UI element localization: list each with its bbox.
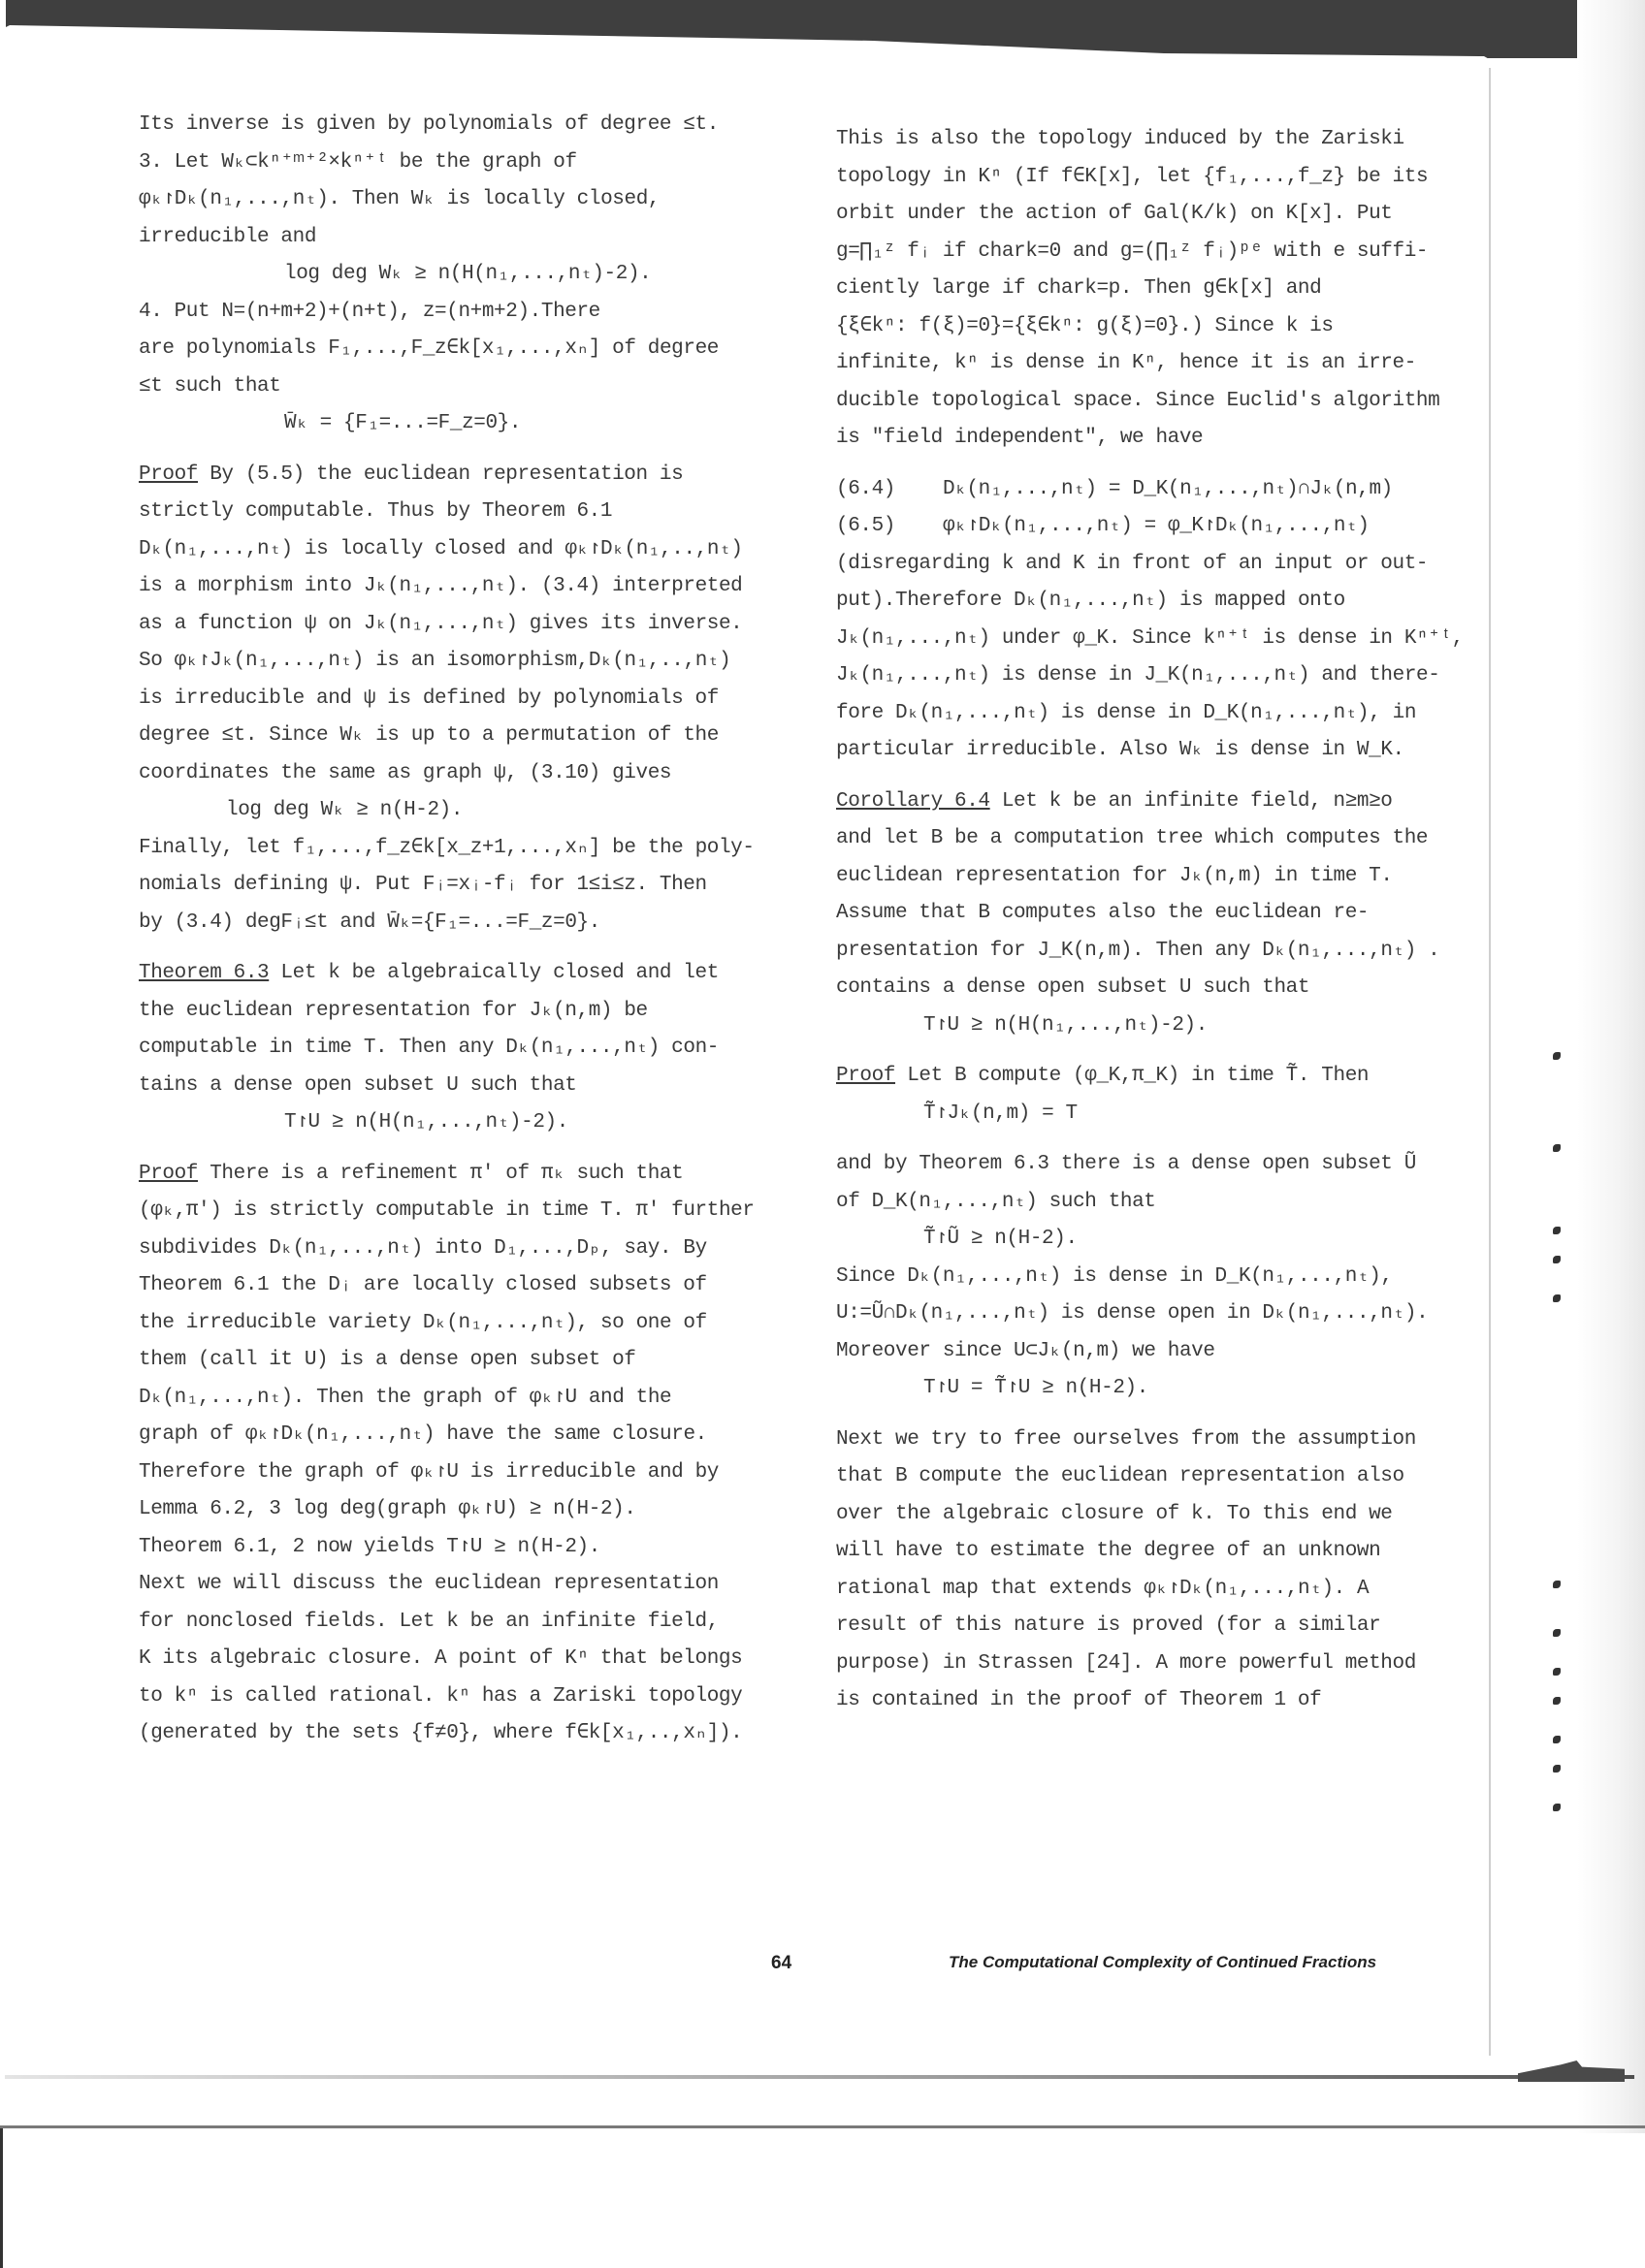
text-line: Next we try to free ourselves from the a… — [836, 1421, 1496, 1459]
text-line: ducible topological space. Since Euclid'… — [836, 383, 1496, 421]
line-text: T↾U = T̃↾U ≥ n(H-2). — [923, 1377, 1148, 1399]
text-line: the irreducible variety Dₖ(n₁,...,nₜ), s… — [139, 1305, 798, 1343]
text-line: ciently large if chark=p. Then g∈k[x] an… — [836, 271, 1496, 308]
line-text: subdivides Dₖ(n₁,...,nₜ) into D₁,...,Dₚ,… — [139, 1237, 707, 1260]
binding-hole-mark — [1553, 1804, 1561, 1811]
text-line: will have to estimate the degree of an u… — [836, 1533, 1496, 1571]
text-line: by (3.4) degFᵢ≤t and W̄ₖ={F₁=...=F_z=0}. — [139, 905, 798, 942]
line-text: log deg Wₖ ≥ n(H-2). — [226, 799, 463, 821]
line-text: particular irreducible. Also Wₖ is dense… — [836, 739, 1404, 761]
text-line: contains a dense open subset U such that — [836, 970, 1496, 1007]
line-text: is a morphism into Jₖ(n₁,...,nₜ). (3.4) … — [139, 575, 742, 597]
line-text: as a function ψ on Jₖ(n₁,...,nₜ) gives i… — [139, 613, 742, 635]
text-line: Theorem 6.3 Let k be algebraically close… — [139, 955, 798, 993]
line-text: Let B compute (φ_K,π_K) in time T̃. Then — [895, 1065, 1369, 1087]
line-text: is irreducible and ψ is defined by polyn… — [139, 687, 719, 710]
line-text: Its inverse is given by polynomials of d… — [139, 113, 719, 136]
line-text: Lemma 6.2, 3 log deg(graph φₖ↾U) ≥ n(H-2… — [139, 1498, 636, 1520]
text-line: (generated by the sets {f≠0}, where f∈k[… — [139, 1715, 798, 1753]
text-line: infinite, kⁿ is dense in Kⁿ, hence it is… — [836, 345, 1496, 383]
line-text: Jₖ(n₁,...,nₜ) under φ_K. Since kⁿ⁺ᵗ is d… — [836, 627, 1464, 650]
paragraph-gap — [139, 1142, 798, 1156]
line-text: Jₖ(n₁,...,nₜ) is dense in J_K(n₁,...,nₜ)… — [836, 664, 1439, 687]
text-line: nomials defining ψ. Put Fᵢ=xᵢ-fᵢ for 1≤i… — [139, 867, 798, 905]
line-text: them (call it U) is a dense open subset … — [139, 1349, 636, 1371]
text-line: This is also the topology induced by the… — [836, 121, 1496, 159]
line-text: for nonclosed fields. Let k be an infini… — [139, 1611, 719, 1633]
text-line: graph of φₖ↾Dₖ(n₁,...,nₜ) have the same … — [139, 1417, 798, 1454]
paragraph-gap — [836, 1133, 1496, 1146]
line-text: coordinates the same as graph ψ, (3.10) … — [139, 762, 671, 784]
page-edge-bottom — [0, 2125, 1645, 2128]
text-line: result of this nature is proved (for a s… — [836, 1608, 1496, 1645]
line-text: T̃↾Jₖ(n,m) = T — [923, 1102, 1078, 1125]
line-text: This is also the topology induced by the… — [836, 128, 1404, 150]
line-text: to kⁿ is called rational. kⁿ has a Zaris… — [139, 1685, 742, 1708]
section-label: Corollary 6.4 — [836, 790, 990, 813]
binding-hole-mark — [1553, 1765, 1561, 1773]
binding-hole-mark — [1553, 1256, 1561, 1263]
page-edge-left — [0, 2128, 3, 2268]
numbered-equation: (6.5)φₖ↾Dₖ(n₁,...,nₜ) = φ_K↾Dₖ(n₁,...,nₜ… — [836, 508, 1496, 546]
line-text: 4. Put N=(n+m+2)+(n+t), z=(n+m+2).There — [139, 301, 600, 323]
line-text: T↾U ≥ n(H(n₁,...,nₜ)-2). — [284, 1111, 568, 1134]
binding-hole-mark — [1553, 1581, 1561, 1588]
line-text: and by Theorem 6.3 there is a dense open… — [836, 1153, 1416, 1175]
line-text: irreducible and — [139, 226, 316, 248]
text-line: Moreover since U⊂Jₖ(n,m) we have — [836, 1333, 1496, 1371]
line-text: degree ≤t. Since Wₖ is up to a permutati… — [139, 724, 719, 747]
running-title: The Computational Complexity of Continue… — [949, 1953, 1376, 1972]
line-text: K its algebraic closure. A point of Kⁿ t… — [139, 1647, 742, 1670]
text-line: Proof By (5.5) the euclidean representat… — [139, 457, 798, 495]
binding-hole-mark — [1553, 1736, 1561, 1743]
line-text: computable in time T. Then any Dₖ(n₁,...… — [139, 1037, 719, 1059]
line-text: Therefore the graph of φₖ↾U is irreducib… — [139, 1461, 719, 1484]
paragraph-gap — [836, 458, 1496, 471]
text-line: and let B be a computation tree which co… — [836, 820, 1496, 858]
line-text: U:=Ũ∩Dₖ(n₁,...,nₜ) is dense open in Dₖ(n… — [836, 1302, 1428, 1325]
numbered-equation: (6.4)Dₖ(n₁,...,nₜ) = D_K(n₁,...,nₜ)∩Jₖ(n… — [836, 471, 1496, 509]
binding-hole-mark — [1553, 1294, 1561, 1302]
text-line: as a function ψ on Jₖ(n₁,...,nₜ) gives i… — [139, 606, 798, 644]
line-text: the irreducible variety Dₖ(n₁,...,nₜ), s… — [139, 1312, 707, 1334]
line-text: and let B be a computation tree which co… — [836, 827, 1428, 849]
section-label: Proof — [836, 1065, 895, 1087]
text-line: them (call it U) is a dense open subset … — [139, 1342, 798, 1380]
line-text: Dₖ(n₁,...,nₜ) is locally closed and φₖ↾D… — [139, 538, 743, 560]
text-line: φₖ↾Dₖ(n₁,...,nₜ). Then Wₖ is locally clo… — [139, 181, 798, 219]
line-text: topology in Kⁿ (If f∈K[x], let {f₁,...,f… — [836, 166, 1428, 188]
line-text: Assume that B computes also the euclidea… — [836, 902, 1369, 924]
line-text: infinite, kⁿ is dense in Kⁿ, hence it is… — [836, 352, 1416, 374]
binding-hole-mark — [1553, 1668, 1561, 1676]
text-line: Jₖ(n₁,...,nₜ) is dense in J_K(n₁,...,nₜ)… — [836, 657, 1496, 695]
paragraph-gap — [139, 942, 798, 955]
line-text: orbit under the action of Gal(K/k) on K[… — [836, 203, 1393, 225]
paragraph-gap — [836, 1044, 1496, 1058]
line-text: that B compute the euclidean representat… — [836, 1465, 1404, 1487]
text-line: Proof There is a refinement π' of πₖ suc… — [139, 1156, 798, 1194]
text-line: Next we will discuss the euclidean repre… — [139, 1566, 798, 1604]
paragraph-gap — [836, 770, 1496, 783]
binding-hole-mark — [1553, 1052, 1561, 1060]
text-line: U:=Ũ∩Dₖ(n₁,...,nₜ) is dense open in Dₖ(n… — [836, 1295, 1496, 1333]
text-line: topology in Kⁿ (If f∈K[x], let {f₁,...,f… — [836, 159, 1496, 197]
text-line: Corollary 6.4 Let k be an infinite field… — [836, 783, 1496, 821]
paragraph-gap — [139, 443, 798, 457]
section-label: Theorem 6.3 — [139, 962, 269, 984]
binding-hole-mark — [1553, 1227, 1561, 1234]
left-column: Its inverse is given by polynomials of d… — [139, 107, 798, 1753]
line-text: (φₖ,π') is strictly computable in time T… — [139, 1199, 755, 1222]
line-text: ciently large if chark=p. Then g∈k[x] an… — [836, 277, 1321, 300]
line-text: Dₖ(n₁,...,nₜ). Then the graph of φₖ↾U an… — [139, 1387, 671, 1409]
line-text: W̄ₖ = {F₁=...=F_z=0}. — [284, 412, 521, 434]
paragraph-gap — [836, 1408, 1496, 1421]
binding-hole-mark — [1553, 1144, 1561, 1152]
line-text: strictly computable. Thus by Theorem 6.1 — [139, 500, 612, 523]
line-text: Dₖ(n₁,...,nₜ) = D_K(n₁,...,nₜ)∩Jₖ(n,m) — [943, 478, 1393, 500]
text-line: Its inverse is given by polynomials of d… — [139, 107, 798, 144]
line-text: by (3.4) degFᵢ≤t and W̄ₖ={F₁=...=F_z=0}. — [139, 911, 600, 934]
text-line: fore Dₖ(n₁,...,nₜ) is dense in D_K(n₁,..… — [836, 695, 1496, 733]
line-text: φₖ↾Dₖ(n₁,...,nₜ). Then Wₖ is locally clo… — [139, 188, 660, 210]
line-text: purpose) in Strassen [24]. A more powerf… — [836, 1652, 1416, 1675]
line-text: contains a dense open subset U such that — [836, 976, 1309, 999]
text-line: Jₖ(n₁,...,nₜ) under φ_K. Since kⁿ⁺ᵗ is d… — [836, 621, 1496, 658]
section-label: Proof — [139, 1163, 198, 1185]
line-text: Let k be an infinite field, n≥m≥o — [990, 790, 1393, 813]
text-line: Dₖ(n₁,...,nₜ). Then the graph of φₖ↾U an… — [139, 1380, 798, 1418]
text-line: euclidean representation for Jₖ(n,m) in … — [836, 858, 1496, 896]
line-text: log deg Wₖ ≥ n(H(n₁,...,nₜ)-2). — [284, 263, 651, 285]
line-text: put).Therefore Dₖ(n₁,...,nₜ) is mapped o… — [836, 590, 1345, 612]
display-formula: T↾U = T̃↾U ≥ n(H-2). — [836, 1370, 1496, 1408]
text-line: degree ≤t. Since Wₖ is up to a permutati… — [139, 718, 798, 755]
equation-number: (6.5) — [836, 508, 943, 546]
line-text: By (5.5) the euclidean representation is — [198, 463, 683, 486]
line-text: ducible topological space. Since Euclid'… — [836, 390, 1439, 412]
text-line: Assume that B computes also the euclidea… — [836, 895, 1496, 933]
scanner-shadow-right — [1577, 0, 1645, 2133]
line-text: are polynomials F₁,...,F_z∈k[x₁,...,xₙ] … — [139, 337, 719, 360]
text-line: 3. Let Wₖ⊂kⁿ⁺ᵐ⁺²×kⁿ⁺ᵗ be the graph of — [139, 144, 798, 182]
text-line: Dₖ(n₁,...,nₜ) is locally closed and φₖ↾D… — [139, 531, 798, 569]
text-line: computable in time T. Then any Dₖ(n₁,...… — [139, 1030, 798, 1068]
display-formula: W̄ₖ = {F₁=...=F_z=0}. — [139, 405, 798, 443]
text-line: is a morphism into Jₖ(n₁,...,nₜ). (3.4) … — [139, 568, 798, 606]
text-line: particular irreducible. Also Wₖ is dense… — [836, 732, 1496, 770]
text-line: (disregarding k and K in front of an inp… — [836, 546, 1496, 584]
line-text: Finally, let f₁,...,f_z∈k[x_z+1,...,xₙ] … — [139, 837, 755, 859]
text-line: purpose) in Strassen [24]. A more powerf… — [836, 1645, 1496, 1683]
equation-number: (6.4) — [836, 471, 943, 509]
right-column: This is also the topology induced by the… — [836, 121, 1496, 1720]
line-text: {ξ∈kⁿ: f(ξ)=0}={ξ∈kⁿ: g(ξ)=0}.) Since k … — [836, 315, 1334, 337]
page-number: 64 — [771, 1953, 791, 1974]
line-text: will have to estimate the degree of an u… — [836, 1540, 1380, 1562]
line-text: is "field independent", we have — [836, 427, 1203, 449]
text-line: {ξ∈kⁿ: f(ξ)=0}={ξ∈kⁿ: g(ξ)=0}.) Since k … — [836, 308, 1496, 346]
line-text: euclidean representation for Jₖ(n,m) in … — [836, 865, 1393, 887]
scanner-artifact-bottom — [5, 2075, 1634, 2079]
line-text: g=∏₁ᶻ fᵢ if chark=0 and g=(∏₁ᶻ fᵢ)ᵖᵉ wit… — [836, 240, 1428, 263]
line-text: Theorem 6.1, 2 now yields T↾U ≥ n(H-2). — [139, 1536, 600, 1558]
line-text: presentation for J_K(n,m). Then any Dₖ(n… — [836, 940, 1439, 962]
scanner-shadow-top — [0, 0, 1645, 58]
text-line: strictly computable. Thus by Theorem 6.1 — [139, 494, 798, 531]
line-text: Next we will discuss the euclidean repre… — [139, 1573, 719, 1595]
text-line: put).Therefore Dₖ(n₁,...,nₜ) is mapped o… — [836, 583, 1496, 621]
line-text: over the algebraic closure of k. To this… — [836, 1503, 1393, 1525]
line-text: nomials defining ψ. Put Fᵢ=xᵢ-fᵢ for 1≤i… — [139, 874, 707, 896]
line-text: Next we try to free ourselves from the a… — [836, 1428, 1416, 1451]
binding-hole-mark — [1553, 1629, 1561, 1637]
line-text: of D_K(n₁,...,nₜ) such that — [836, 1191, 1156, 1213]
line-text: φₖ↾Dₖ(n₁,...,nₜ) = φ_K↾Dₖ(n₁,...,nₜ) — [943, 515, 1370, 537]
text-line: is irreducible and ψ is defined by polyn… — [139, 681, 798, 719]
text-line: for nonclosed fields. Let k be an infini… — [139, 1604, 798, 1642]
text-line: are polynomials F₁,...,F_z∈k[x₁,...,xₙ] … — [139, 331, 798, 368]
line-text: Let k be algebraically closed and let — [269, 962, 719, 984]
text-line: Proof Let B compute (φ_K,π_K) in time T̃… — [836, 1058, 1496, 1096]
text-line: coordinates the same as graph ψ, (3.10) … — [139, 755, 798, 793]
text-line: is "field independent", we have — [836, 420, 1496, 458]
text-line: to kⁿ is called rational. kⁿ has a Zaris… — [139, 1678, 798, 1716]
text-line: and by Theorem 6.3 there is a dense open… — [836, 1146, 1496, 1184]
text-line: presentation for J_K(n,m). Then any Dₖ(n… — [836, 933, 1496, 971]
line-text: So φₖ↾Jₖ(n₁,...,nₜ) is an isomorphism,Dₖ… — [139, 650, 730, 672]
text-line: the euclidean representation for Jₖ(n,m)… — [139, 993, 798, 1031]
line-text: result of this nature is proved (for a s… — [836, 1614, 1380, 1637]
text-line: Theorem 6.1, 2 now yields T↾U ≥ n(H-2). — [139, 1529, 798, 1567]
line-text: Moreover since U⊂Jₖ(n,m) we have — [836, 1340, 1215, 1362]
text-line: of D_K(n₁,...,nₜ) such that — [836, 1184, 1496, 1222]
binding-hole-mark — [1553, 1697, 1561, 1705]
text-line: Lemma 6.2, 3 log deg(graph φₖ↾U) ≥ n(H-2… — [139, 1491, 798, 1529]
text-line: (φₖ,π') is strictly computable in time T… — [139, 1193, 798, 1230]
text-line: Theorem 6.1 the Dᵢ are locally closed su… — [139, 1267, 798, 1305]
display-formula: T↾U ≥ n(H(n₁,...,nₜ)-2). — [139, 1104, 798, 1142]
line-text: is contained in the proof of Theorem 1 o… — [836, 1689, 1321, 1711]
line-text: There is a refinement π' of πₖ such that — [198, 1163, 683, 1185]
line-text: Theorem 6.1 the Dᵢ are locally closed su… — [139, 1274, 707, 1296]
line-text: fore Dₖ(n₁,...,nₜ) is dense in D_K(n₁,..… — [836, 702, 1416, 724]
text-line: irreducible and — [139, 219, 798, 257]
text-line: that B compute the euclidean representat… — [836, 1458, 1496, 1496]
line-text: graph of φₖ↾Dₖ(n₁,...,nₜ) have the same … — [139, 1423, 707, 1446]
text-line: ≤t such that — [139, 368, 798, 406]
display-formula: T↾U ≥ n(H(n₁,...,nₜ)-2). — [836, 1007, 1496, 1045]
display-formula: T̃↾Ũ ≥ n(H-2). — [836, 1221, 1496, 1259]
display-formula: T̃↾Jₖ(n,m) = T — [836, 1096, 1496, 1134]
text-line: rational map that extends φₖ↾Dₖ(n₁,...,n… — [836, 1571, 1496, 1609]
text-line: So φₖ↾Jₖ(n₁,...,nₜ) is an isomorphism,Dₖ… — [139, 643, 798, 681]
text-line: Since Dₖ(n₁,...,nₜ) is dense in D_K(n₁,.… — [836, 1259, 1496, 1296]
line-text: T↾U ≥ n(H(n₁,...,nₜ)-2). — [923, 1014, 1208, 1037]
line-text: Since Dₖ(n₁,...,nₜ) is dense in D_K(n₁,.… — [836, 1265, 1393, 1288]
line-text: tains a dense open subset U such that — [139, 1074, 576, 1097]
text-line: tains a dense open subset U such that — [139, 1068, 798, 1105]
line-text: (disregarding k and K in front of an inp… — [836, 553, 1428, 575]
display-formula: log deg Wₖ ≥ n(H-2). — [139, 792, 798, 830]
line-text: ≤t such that — [139, 375, 280, 398]
text-line: Finally, let f₁,...,f_z∈k[x_z+1,...,xₙ] … — [139, 830, 798, 868]
text-line: Therefore the graph of φₖ↾U is irreducib… — [139, 1454, 798, 1492]
line-text: 3. Let Wₖ⊂kⁿ⁺ᵐ⁺²×kⁿ⁺ᵗ be the graph of — [139, 151, 577, 174]
text-line: is contained in the proof of Theorem 1 o… — [836, 1682, 1496, 1720]
line-text: the euclidean representation for Jₖ(n,m)… — [139, 1000, 648, 1022]
line-text: (generated by the sets {f≠0}, where f∈k[… — [139, 1722, 742, 1744]
display-formula: log deg Wₖ ≥ n(H(n₁,...,nₜ)-2). — [139, 256, 798, 294]
text-line: 4. Put N=(n+m+2)+(n+t), z=(n+m+2).There — [139, 294, 798, 332]
text-line: orbit under the action of Gal(K/k) on K[… — [836, 196, 1496, 234]
text-line: over the algebraic closure of k. To this… — [836, 1496, 1496, 1534]
text-line: subdivides Dₖ(n₁,...,nₜ) into D₁,...,Dₚ,… — [139, 1230, 798, 1268]
line-text: T̃↾Ũ ≥ n(H-2). — [923, 1228, 1078, 1250]
text-line: g=∏₁ᶻ fᵢ if chark=0 and g=(∏₁ᶻ fᵢ)ᵖᵉ wit… — [836, 234, 1496, 272]
section-label: Proof — [139, 463, 198, 486]
line-text: rational map that extends φₖ↾Dₖ(n₁,...,n… — [836, 1578, 1369, 1600]
text-line: K its algebraic closure. A point of Kⁿ t… — [139, 1641, 798, 1678]
